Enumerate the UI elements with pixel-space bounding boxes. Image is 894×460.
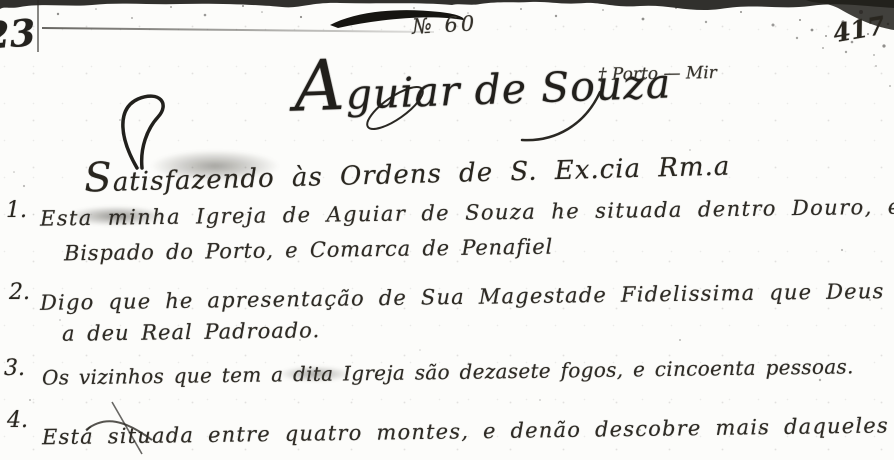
folio-number-left: 23: [0, 10, 37, 57]
item-2-line-2: a deu Real Padroado.: [62, 318, 320, 346]
item-2-marker: 2.: [9, 280, 30, 305]
torn-top-edge-shape: [0, 0, 894, 10]
item-2-line-1: Digo que he apresentação de Sua Magestad…: [40, 277, 894, 315]
item-4-marker: 4.: [7, 408, 28, 433]
register-number: № 60: [411, 11, 477, 38]
item-1-line-2: Bispado do Porto, e Comarca de Penafiel: [64, 235, 553, 266]
item-3-marker: 3.: [4, 356, 25, 381]
item-4-line-1: Está situada entre quatro montes, e denã…: [42, 411, 894, 450]
folio-number-right: 417: [831, 11, 887, 49]
manuscript-page: 23 № 60 417 Aguiar de Souza † Porto — Mi…: [0, 0, 894, 460]
item-1-marker: 1.: [6, 198, 27, 223]
margin-rule-line: [37, 0, 39, 52]
document-heading: Satisfazendo às Ordens de S. Ex.cia Rm.a: [83, 138, 730, 202]
header-rule-line: [42, 27, 434, 33]
title-annotation: † Porto — Mir: [598, 63, 717, 85]
item-3-line-1: Os vizinhos que tem a dita Igreja são de…: [42, 354, 854, 389]
